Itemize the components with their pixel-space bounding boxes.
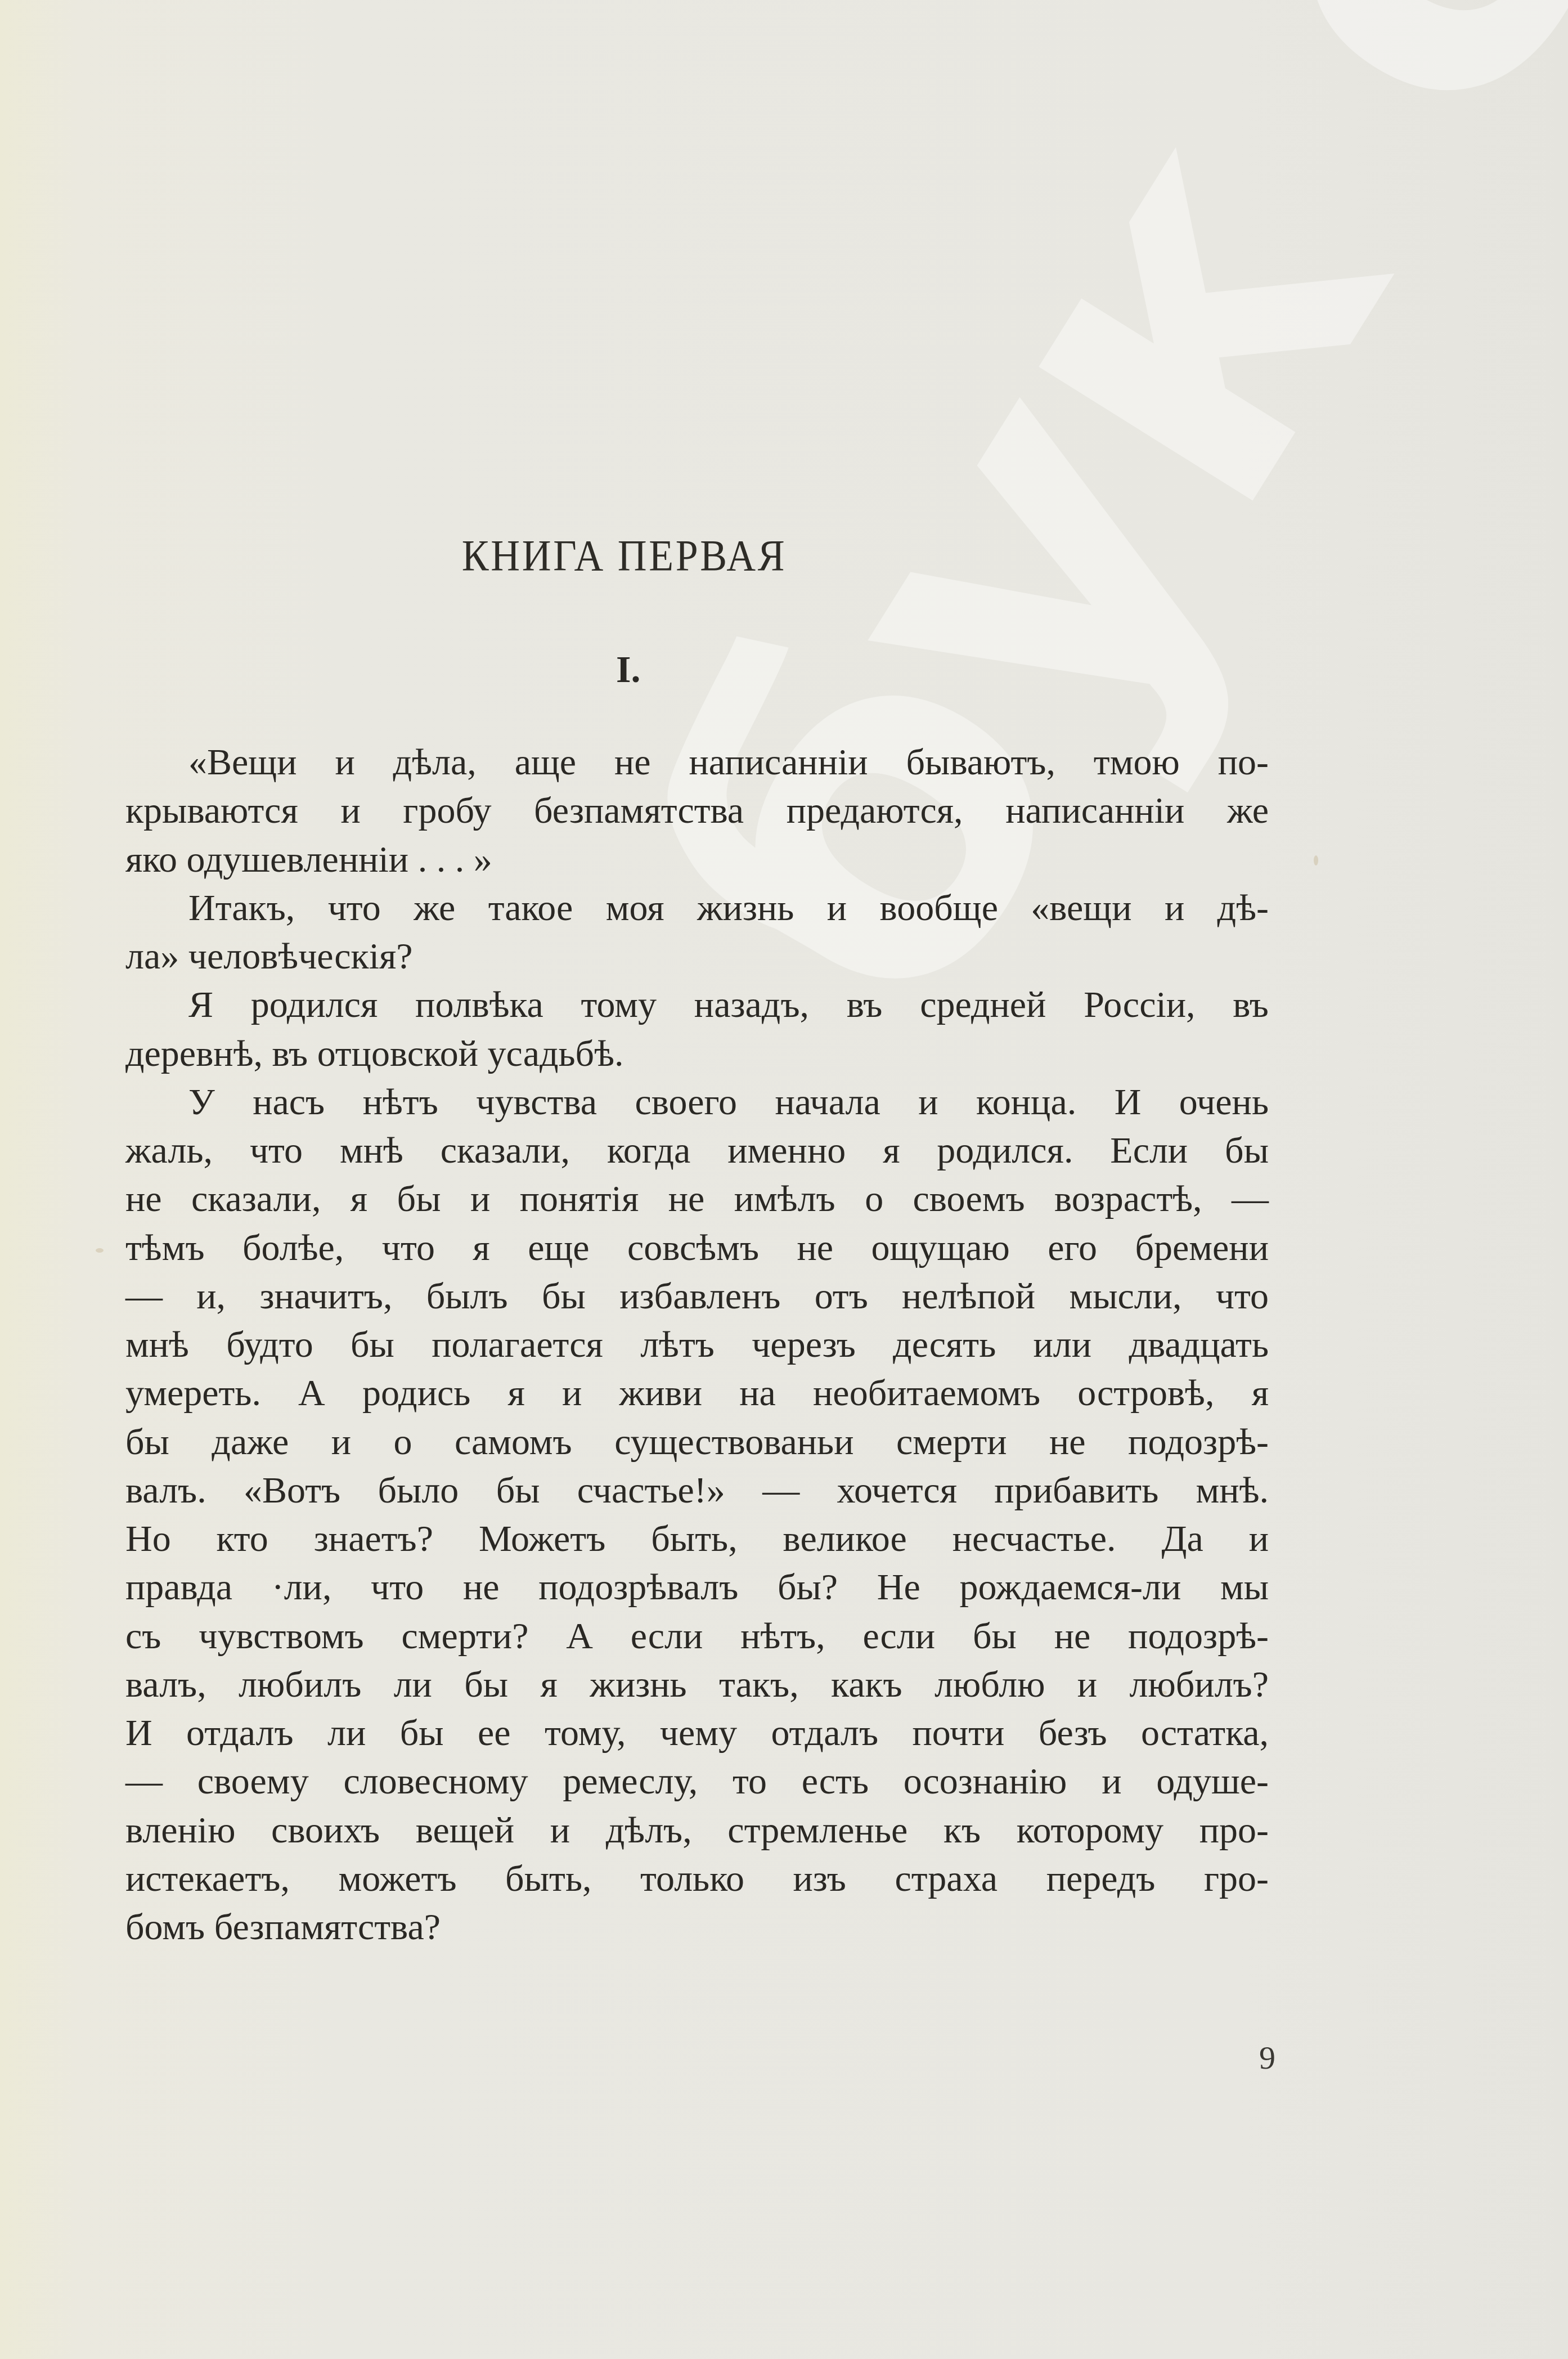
text-line: вленію своихъ вещей и дѣлъ, стремленье к… (125, 1806, 1269, 1855)
paper-speck (96, 1248, 104, 1253)
text-line: деревнѣ, въ отцовской усадьбѣ. (125, 1030, 1269, 1078)
text-line: Но кто знаетъ? Можетъ быть, великое несч… (125, 1515, 1269, 1563)
text-line: тѣмъ болѣе, что я еще совсѣмъ не ощущаю … (125, 1224, 1269, 1272)
text-line: У насъ нѣтъ чувства своего начала и конц… (125, 1078, 1269, 1127)
text-line: правда ·ли, что не подозрѣвалъ бы? Не ро… (125, 1563, 1269, 1612)
book-title: КНИГА ПЕРВАЯ (0, 533, 1346, 577)
text-line: — и, значитъ, былъ бы избавленъ отъ нелѣ… (125, 1272, 1269, 1321)
text-line: «Вещи и дѣла, аще не написанніи бываютъ,… (125, 738, 1269, 787)
text-line: Итакъ, что же такое моя жизнь и вообще «… (125, 884, 1269, 932)
text-line: бы даже и о самомъ существованьи смерти … (125, 1418, 1269, 1466)
page-number: 9 (1259, 2042, 1275, 2074)
text-line: валъ, любилъ ли бы я жизнь такъ, какъ лю… (125, 1661, 1269, 1709)
text-line: И отдалъ ли бы ее тому, чему отдалъ почт… (125, 1709, 1269, 1757)
text-line: яко одушевленніи . . . » (125, 836, 1269, 884)
text-line: истекаетъ, можетъ быть, только изъ страх… (125, 1855, 1269, 1903)
text-line: валъ. «Вотъ было бы счастье!» — хочется … (125, 1466, 1269, 1515)
text-line: мнѣ будто бы полагается лѣтъ черезъ деся… (125, 1321, 1269, 1369)
text-line: крываются и гробу безпамятства предаются… (125, 787, 1269, 835)
text-line: не сказали, я бы и понятія не имѣлъ о св… (125, 1175, 1269, 1223)
text-line: ла» человѣческія? (125, 932, 1269, 981)
text-line: съ чувствомъ смерти? А если нѣтъ, если б… (125, 1612, 1269, 1661)
text-line: жаль, что мнѣ сказали, когда именно я ро… (125, 1127, 1269, 1175)
chapter-number: I. (616, 650, 640, 688)
text-line: умереть. А родись я и живи на необитаемо… (125, 1369, 1269, 1418)
paper-speck (1314, 855, 1318, 865)
body-text: «Вещи и дѣла, аще не написанніи бываютъ,… (125, 738, 1269, 1952)
text-line: — своему словесному ремеслу, то есть осо… (125, 1757, 1269, 1806)
book-page: бук с КНИГА ПЕРВАЯ I. «Вещи и дѣла, аще … (0, 0, 1568, 2359)
text-line: Я родился полвѣка тому назадъ, въ средне… (125, 981, 1269, 1029)
text-line: бомъ безпамятства? (125, 1903, 1269, 1952)
